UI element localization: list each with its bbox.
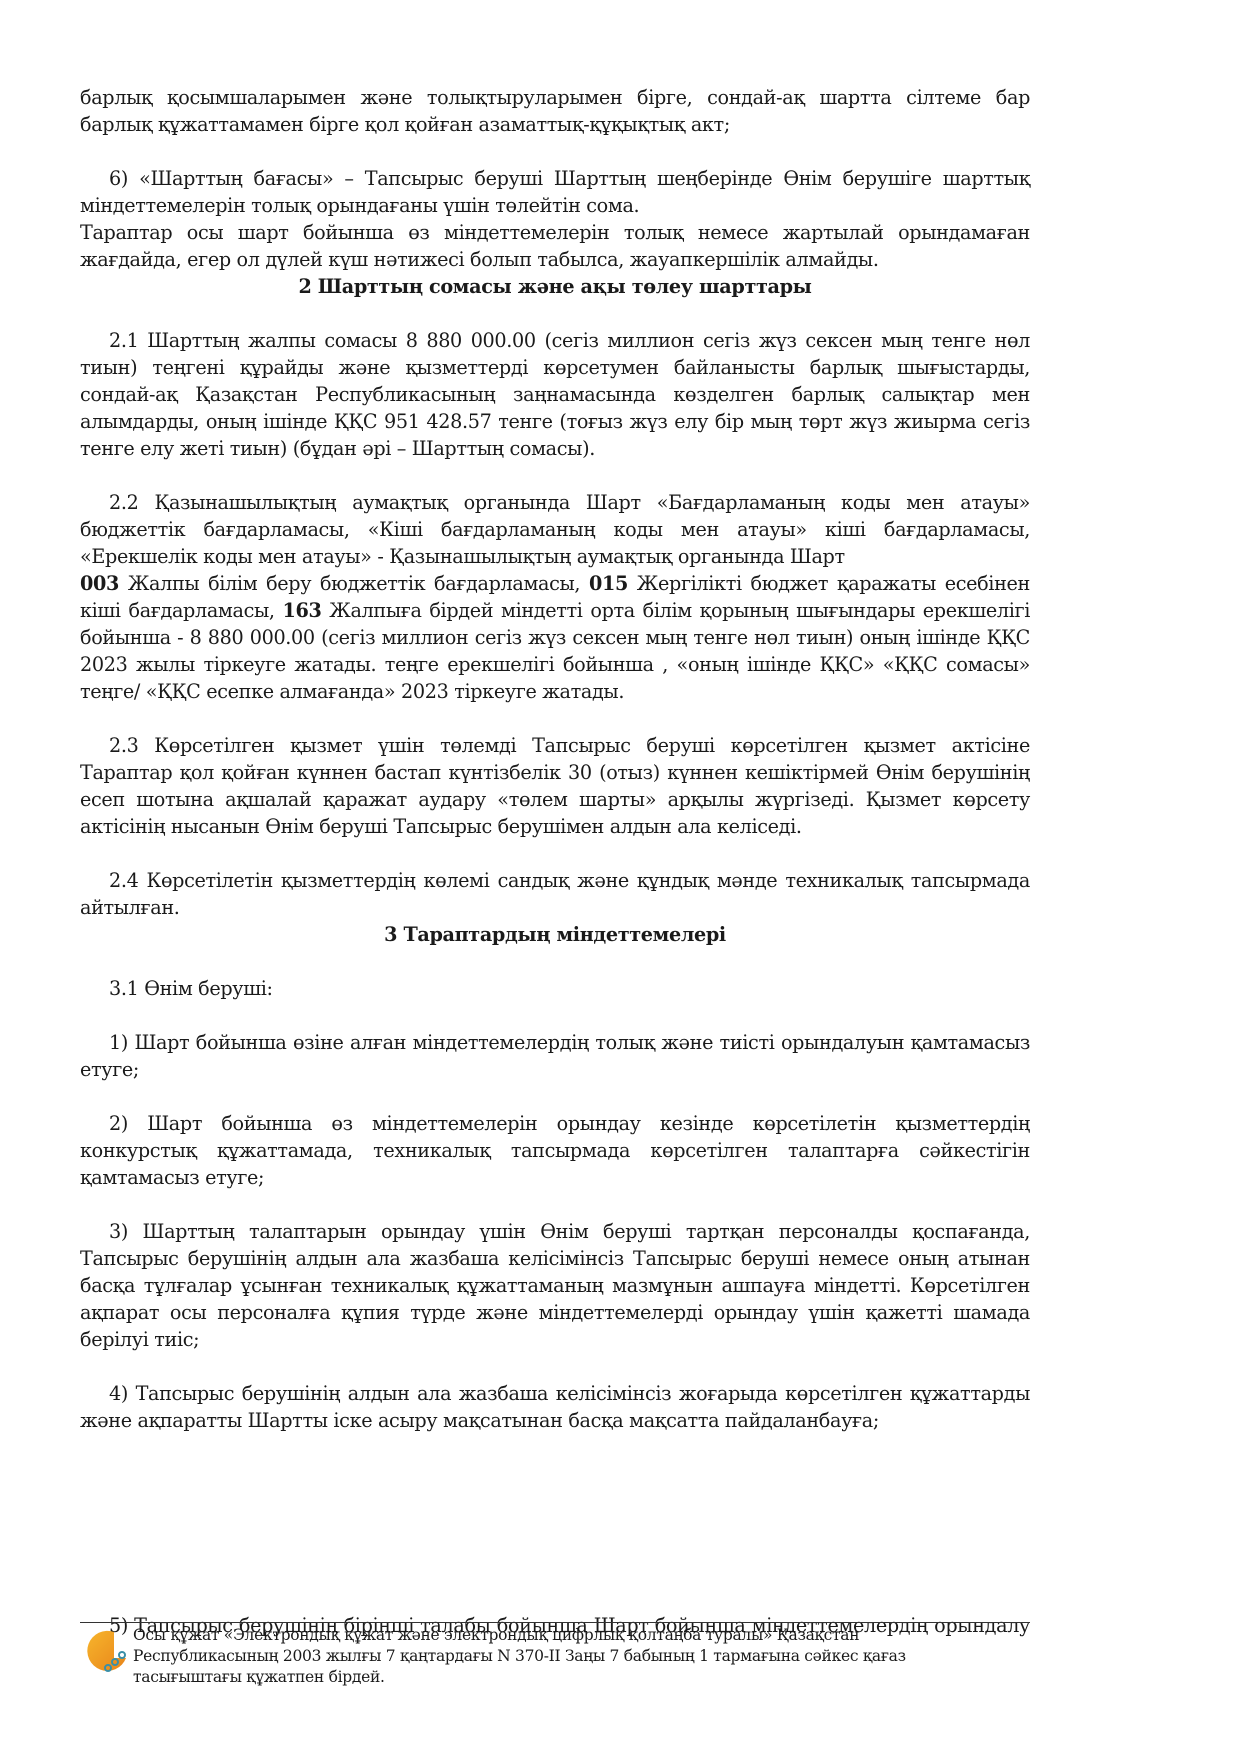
paragraph-force-majeure: Тараптар осы шарт бойынша өз міндеттемел… bbox=[80, 219, 1030, 273]
list-item: 3) Шарттың талаптарын орындау үшін Өнім … bbox=[80, 1218, 1030, 1353]
paragraph-3-1: 3.1 Өнім беруші: bbox=[80, 975, 1030, 1002]
paragraph-2-3: 2.3 Көрсетілген қызмет үшін төлемді Тапс… bbox=[80, 732, 1030, 840]
paragraph-intro: барлық қосымшаларымен және толықтырулары… bbox=[80, 84, 1030, 138]
paragraph-contract-price: 6) «Шарттың бағасы» – Тапсырыс беруші Ша… bbox=[80, 165, 1030, 219]
paragraph-2-4: 2.4 Көрсетілетін қызметтердің көлемі сан… bbox=[80, 867, 1030, 921]
paragraph-2-2-lead: 2.2 Қазынашылықтың аумақтық органында Ша… bbox=[80, 491, 1030, 568]
section-2-heading: 2 Шарттың сомасы және ақы төлеу шарттары bbox=[80, 273, 1030, 300]
budget-program-code: 003 bbox=[80, 572, 119, 595]
list-item: 2) Шарт бойынша өз міндеттемелерін орынд… bbox=[80, 1110, 1030, 1191]
budget-program-name: Жалпы білім беру бюджеттік бағдарламасы, bbox=[119, 572, 589, 595]
document-body: барлық қосымшаларымен және толықтырулары… bbox=[80, 84, 1030, 1434]
footer-divider bbox=[80, 1622, 1030, 1623]
egov-sun-logo-icon bbox=[84, 1628, 130, 1674]
footer-legal-notice: Осы құжат «Электрондық құжат және электр… bbox=[133, 1625, 953, 1688]
list-item: 4) Тапсырыс берушінің алдын ала жазбаша … bbox=[80, 1380, 1030, 1434]
paragraph-2-1: 2.1 Шарттың жалпы сомасы 8 880 000.00 (с… bbox=[80, 327, 1030, 462]
section-3-heading: 3 Тараптардың міндеттемелері bbox=[80, 921, 1030, 948]
specifics-code: 163 bbox=[282, 599, 321, 622]
subprogram-code: 015 bbox=[589, 572, 628, 595]
paragraph-2-2: 2.2 Қазынашылықтың аумақтық органында Ша… bbox=[80, 489, 1030, 705]
list-item: 1) Шарт бойынша өзіне алған міндеттемеле… bbox=[80, 1029, 1030, 1083]
